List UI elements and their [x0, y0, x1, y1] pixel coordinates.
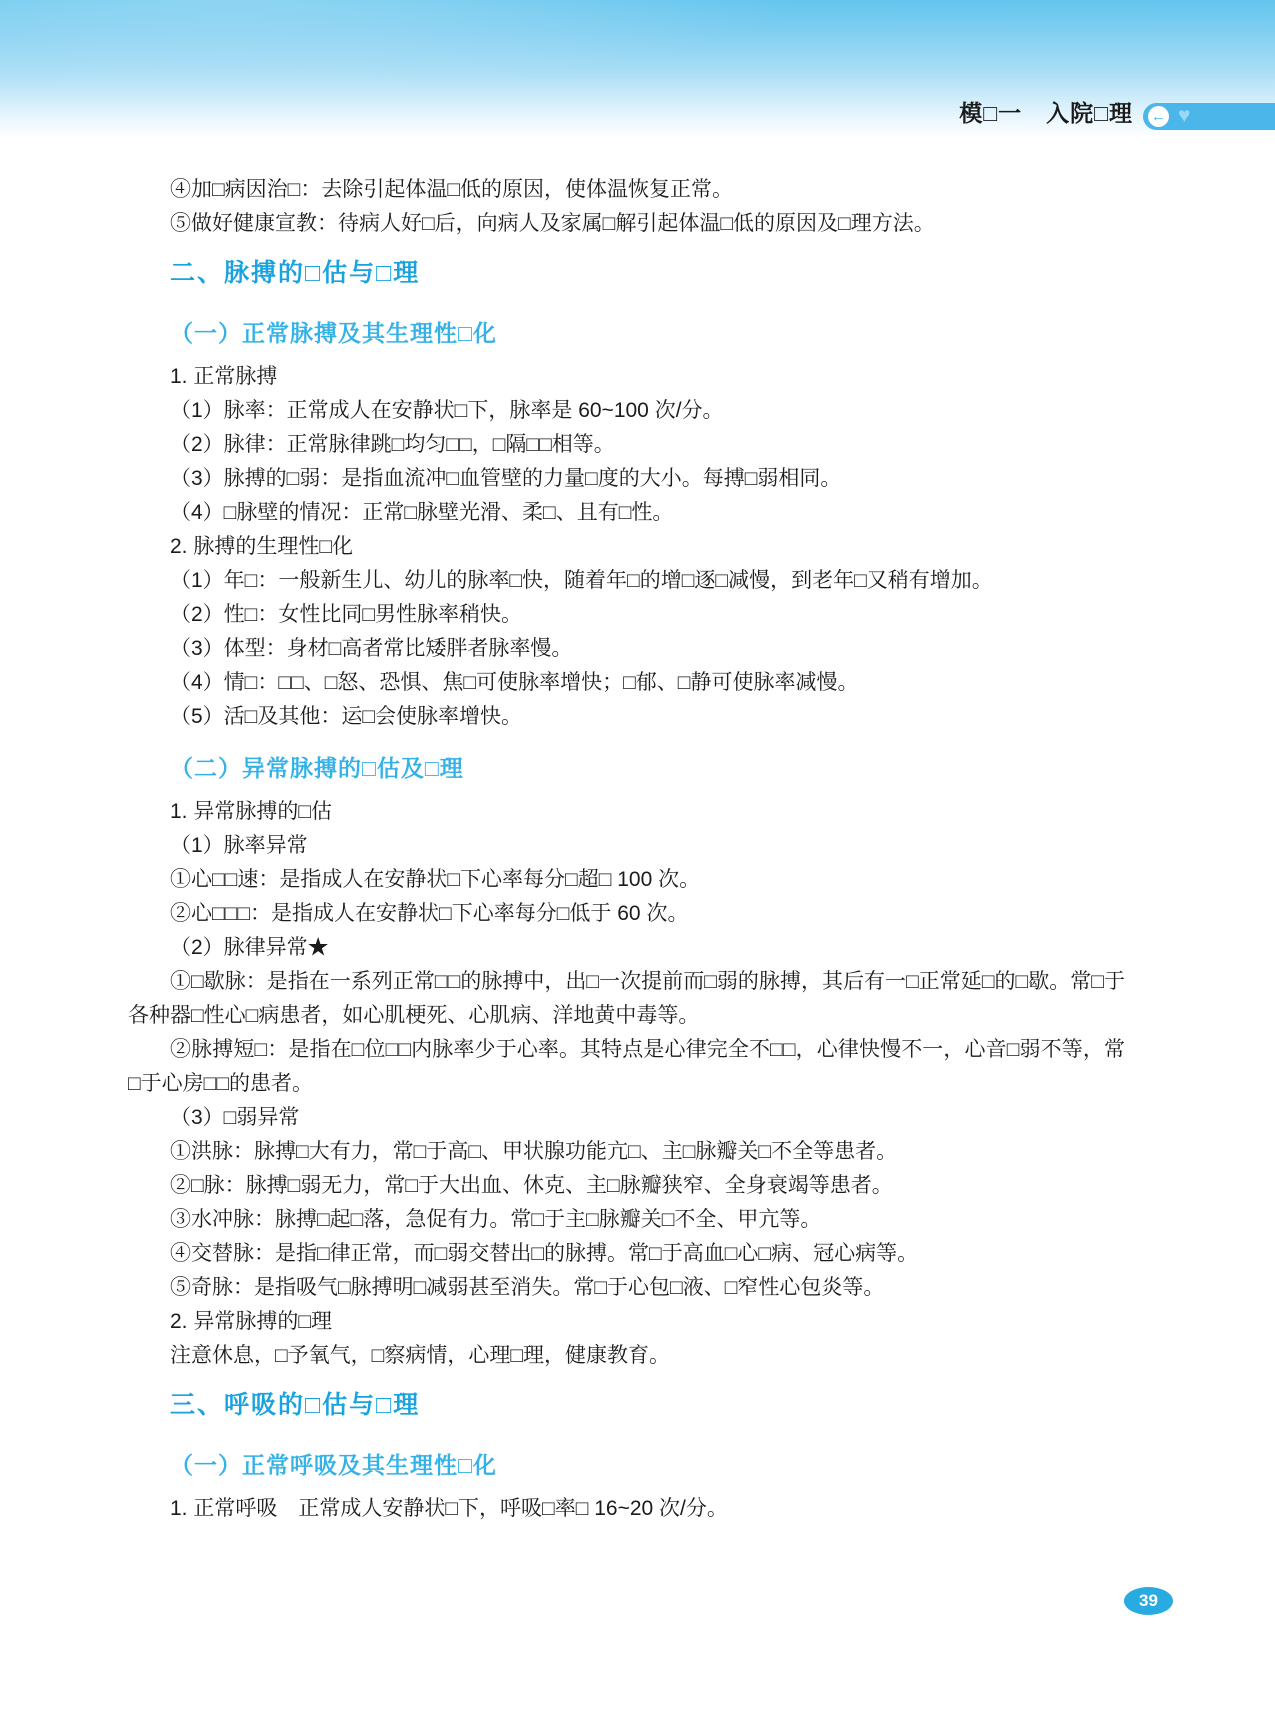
section-heading: 二、脉搏的□估与□理 — [128, 253, 1125, 293]
circle-shape: ← — [1148, 106, 1169, 127]
section-heading: （一）正常脉搏及其生理性□化 — [128, 315, 1125, 351]
paragraph: （4）□脉壁的情况：正常□脉壁光滑、柔□、且有□性。 — [128, 496, 1125, 530]
paragraph: （2）脉律：正常脉律跳□均匀□□，□隔□□相等。 — [128, 428, 1125, 462]
content: ④加□病因治□：去除引起体温□低的原因，使体温恢复正常。⑤做好健康宣教：待病人好… — [0, 138, 1275, 1526]
paragraph: （2）脉律异常★ — [128, 931, 1125, 965]
paragraph: 1. 异常脉搏的□估 — [128, 795, 1125, 829]
paragraph: ②脉搏短□：是指在□位□□内脉率少于心率。其特点是心律完全不□□，心律快慢不一，… — [128, 1033, 1125, 1101]
paragraph: ⑤做好健康宣教：待病人好□后，向病人及家属□解引起体温□低的原因及□理方法。 — [128, 207, 1125, 241]
paragraph: ④加□病因治□：去除引起体温□低的原因，使体温恢复正常。 — [128, 173, 1125, 207]
paragraph: 2. 异常脉搏的□理 — [128, 1305, 1125, 1339]
paragraph: ①心□□速：是指成人在安静状□下心率每分□超□ 100 次。 — [128, 863, 1125, 897]
paragraph: 2. 脉搏的生理性□化 — [128, 530, 1125, 564]
page-header: 模□一 入院□理 ← ♥ — [0, 0, 1275, 138]
page-number-badge: 39 — [1124, 1587, 1173, 1615]
section-heading: （二）异常脉搏的□估及□理 — [128, 750, 1125, 786]
paragraph: ⑤奇脉：是指吸气□脉搏明□减弱甚至消失。常□于心包□液、□窄性心包炎等。 — [128, 1271, 1125, 1305]
paragraph: ④交替脉：是指□律正常，而□弱交替出□的脉搏。常□于高血□心□病、冠心病等。 — [128, 1237, 1125, 1271]
header-bookmark-badge[interactable]: ← ♥ — [1143, 103, 1275, 130]
paragraph: 注意休息，□予氧气，□察病情，心理□理，健康教育。 — [128, 1339, 1125, 1373]
page-number: 39 — [1139, 1591, 1158, 1611]
paragraph: （3）脉搏的□弱：是指血流冲□血管壁的力量□度的大小。每搏□弱相同。 — [128, 462, 1125, 496]
paragraph: 1. 正常脉搏 — [128, 360, 1125, 394]
page: { "header": { "title": "模□一 入院□理", "badg… — [0, 0, 1275, 1718]
paragraph: （4）情□：□□、□怒、恐惧、焦□可使脉率增快；□郁、□静可使脉率减慢。 — [128, 666, 1125, 700]
paragraph: 1. 正常呼吸 正常成人安静状□下，呼吸□率□ 16~20 次/分。 — [128, 1492, 1125, 1526]
paragraph: ②□脉：脉搏□弱无力，常□于大出血、休克、主□脉瓣狭窄、全身衰竭等患者。 — [128, 1169, 1125, 1203]
heart-icon: ♥ — [1178, 105, 1190, 126]
paragraph: （1）脉率：正常成人在安静状□下，脉率是 60~100 次/分。 — [128, 394, 1125, 428]
paragraph: ②心□□□：是指成人在安静状□下心率每分□低于 60 次。 — [128, 897, 1125, 931]
paragraph: （3）□弱异常 — [128, 1101, 1125, 1135]
paragraph: ①洪脉：脉搏□大有力，常□于高□、甲状腺功能亢□、主□脉瓣关□不全等患者。 — [128, 1135, 1125, 1169]
paragraph: （5）活□及其他：运□会使脉率增快。 — [128, 700, 1125, 734]
paragraph: （3）体型：身材□高者常比矮胖者脉率慢。 — [128, 632, 1125, 666]
paragraph: （1）年□：一般新生儿、幼儿的脉率□快，随着年□的增□逐□减慢，到老年□又稍有增… — [128, 564, 1125, 598]
section-heading: 三、呼吸的□估与□理 — [128, 1385, 1125, 1425]
paragraph: ③水冲脉：脉搏□起□落，急促有力。常□于主□脉瓣关□不全、甲亢等。 — [128, 1203, 1125, 1237]
paragraph: （1）脉率异常 — [128, 829, 1125, 863]
section-heading: （一）正常呼吸及其生理性□化 — [128, 1447, 1125, 1483]
header-chapter-title: 模□一 入院□理 — [959, 95, 1133, 128]
arrow-left-icon: ← — [1151, 109, 1166, 124]
paragraph: ①□歇脉：是指在一系列正常□□的脉搏中，出□一次提前而□弱的脉搏，其后有一□正常… — [128, 965, 1125, 1033]
paragraph: （2）性□：女性比同□男性脉率稍快。 — [128, 598, 1125, 632]
